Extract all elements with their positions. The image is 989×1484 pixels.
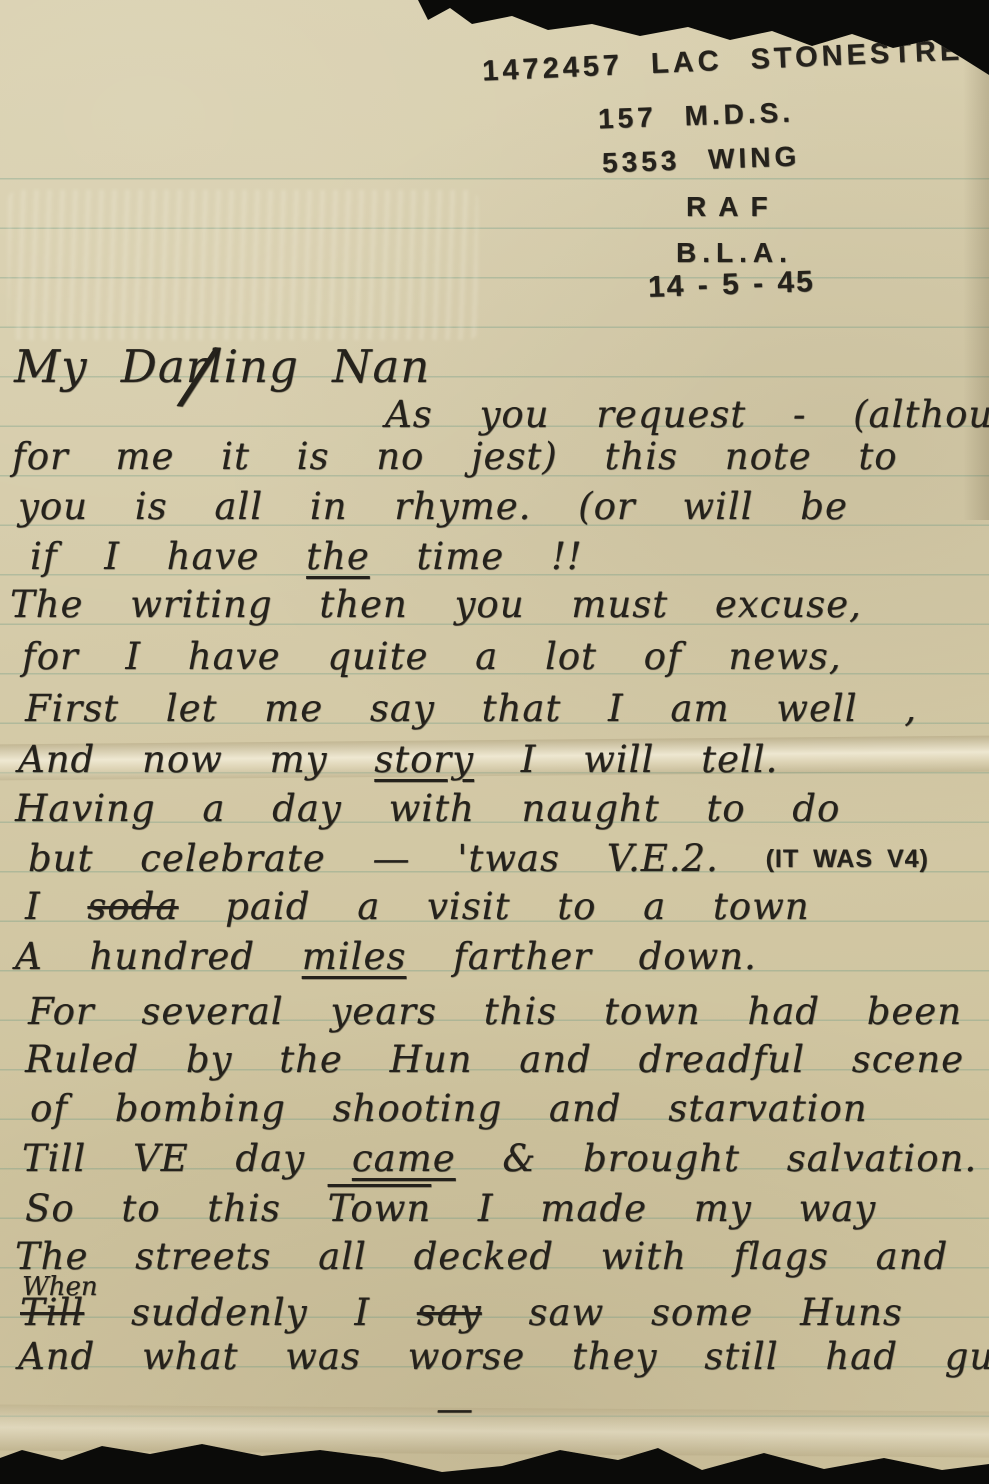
header-date: 14 - 5 - 45 <box>647 265 815 305</box>
letter-scan: 1472457 LAC STONESTREET 157 M.D.S. 5353 … <box>0 0 989 1484</box>
line-segment: I made my way <box>431 1187 876 1230</box>
letter-line: The streets all decked with flags and Ga… <box>15 1236 989 1279</box>
underlined-word: story <box>374 738 474 781</box>
letter-line: but celebrate — 'twas V.E.2. (IT WAS V4) <box>28 838 929 881</box>
letter-line: if I have the time !! <box>30 536 583 579</box>
printed-aside: (IT WAS V4) <box>766 845 929 873</box>
bottom-crease <box>0 1405 989 1458</box>
letter-line: The writing then you must excuse, <box>10 584 862 627</box>
header-service-number: 1472457 LAC STONESTREET <box>482 33 989 89</box>
edge-shadow <box>963 0 989 520</box>
underlined-word: miles <box>302 935 407 978</box>
letter-line: So to this Town I made my way <box>25 1188 876 1231</box>
struck-word: say <box>417 1291 482 1334</box>
letter-line: For several years this town had been <box>28 991 962 1034</box>
salutation: My Darling Nan <box>14 340 430 393</box>
line-segment: but celebrate — 'twas V.E.2. <box>28 837 766 880</box>
struck-word: soda <box>87 885 178 928</box>
header-force: RAF <box>686 191 780 223</box>
header-theatre: B.L.A. <box>676 237 793 269</box>
letter-line: Ruled by the Hun and dreadful scene <box>25 1039 964 1082</box>
letter-line: Having a day with naught to do <box>15 788 840 831</box>
letter-line: of bombing shooting and starvation <box>30 1088 868 1131</box>
letter-paper: 1472457 LAC STONESTREET 157 M.D.S. 5353 … <box>0 0 989 1484</box>
line-segment: And now my <box>18 738 374 781</box>
letter-line: you is all in rhyme. (or will be <box>18 486 848 529</box>
line-segment: I will tell. <box>474 738 778 781</box>
header-wing: 5353 WING <box>602 141 801 180</box>
line-segment: Till VE day <box>22 1137 352 1180</box>
line-segment: time !! <box>370 535 583 578</box>
letter-line: for I have quite a lot of news, <box>22 636 842 679</box>
letter-line: for me it is no jest) this note to <box>12 436 898 479</box>
struck-word: Till <box>20 1291 84 1334</box>
line-segment: saw some Huns <box>482 1291 903 1334</box>
overlined-word: Town <box>328 1187 432 1230</box>
letter-line: As you request - (although <box>385 394 989 437</box>
letter-line: First let me say that I am well , <box>25 688 917 731</box>
line-segment: I <box>25 885 87 928</box>
letter-line: A hundred miles farther down. <box>15 936 757 979</box>
letter-line: I soda paid a visit to a town <box>25 886 810 929</box>
letter-line: Till suddenly I say saw some Huns <box>20 1292 903 1335</box>
letter-line: And now my story I will tell. <box>18 739 778 782</box>
line-segment: paid a visit to a town <box>178 885 809 928</box>
letter-line: Till VE day came & brought salvation. <box>22 1138 977 1181</box>
line-segment: if I have <box>30 535 306 578</box>
ghost-impression <box>8 190 478 340</box>
line-segment: farther down. <box>406 935 756 978</box>
end-dash-mark: — <box>436 1388 474 1431</box>
line-segment: A hundred <box>15 935 302 978</box>
line-segment: So to this <box>25 1187 328 1230</box>
line-segment: suddenly I <box>84 1291 417 1334</box>
line-segment: & brought salvation. <box>456 1137 978 1180</box>
letter-line: And what was worse they still had guns <box>18 1336 989 1379</box>
underlined-word: the <box>306 535 370 578</box>
underlined-word: came <box>352 1137 456 1180</box>
header-unit: 157 M.D.S. <box>598 97 795 136</box>
